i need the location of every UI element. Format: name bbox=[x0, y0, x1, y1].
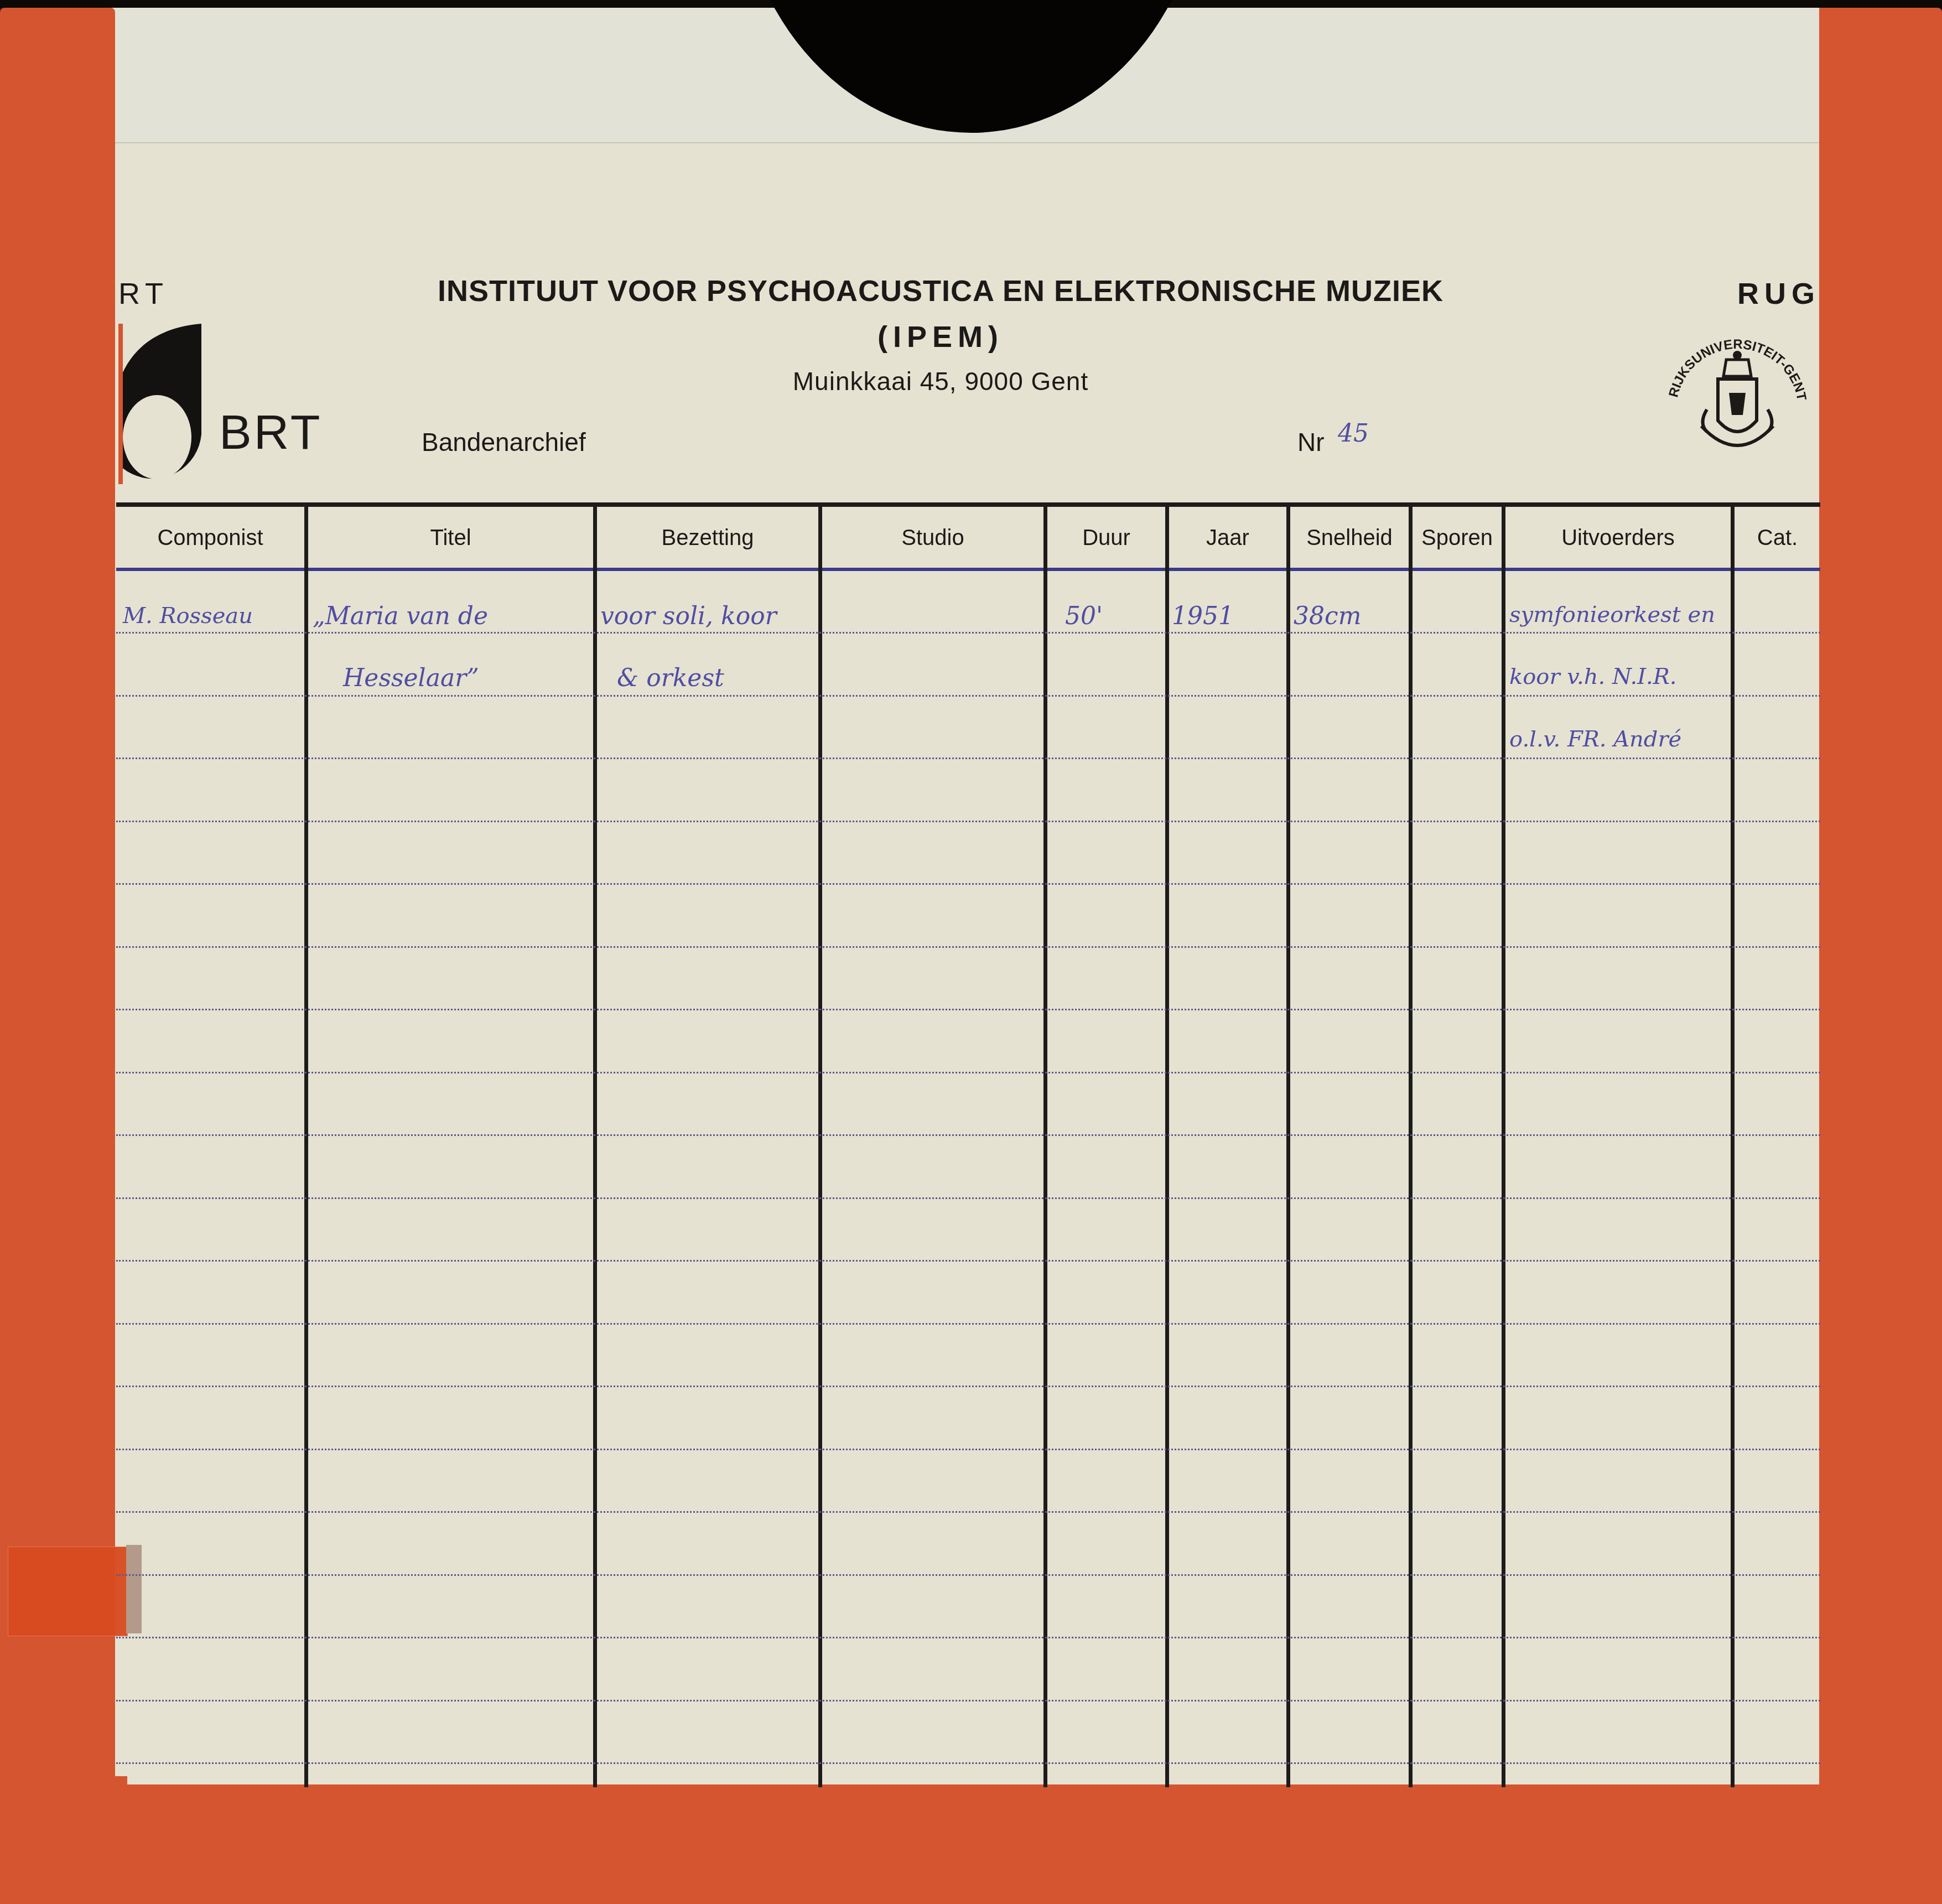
row-rule bbox=[116, 821, 1820, 822]
row-rule bbox=[116, 1386, 1820, 1387]
row-rule bbox=[116, 1574, 1820, 1576]
cover-bottom-flap bbox=[0, 1784, 1942, 1904]
institute-title: INSTITUUT VOOR PSYCHOACUSTICA EN ELEKTRO… bbox=[387, 274, 1494, 308]
row-rule bbox=[116, 758, 1820, 759]
row-rule bbox=[116, 1637, 1820, 1638]
row-rule bbox=[116, 946, 1820, 948]
institute-abbreviation: (IPEM) bbox=[387, 320, 1494, 354]
row-rule bbox=[116, 1700, 1820, 1701]
cell-titel-line2: Hesselaar” bbox=[343, 664, 479, 692]
column-divider bbox=[1731, 506, 1735, 1787]
cover-right-spine bbox=[1819, 8, 1942, 1904]
column-header-titel: Titel bbox=[308, 526, 593, 551]
column-divider bbox=[1043, 506, 1047, 1787]
cell-uitvoerders-line1: symfonieorkest en bbox=[1509, 602, 1715, 627]
cell-jaar: 1951 bbox=[1172, 602, 1234, 630]
column-header-snelheid: Snelheid bbox=[1290, 526, 1409, 551]
column-divider bbox=[593, 506, 597, 1787]
row-rule bbox=[116, 883, 1820, 885]
column-header-bezetting: Bezetting bbox=[597, 526, 818, 551]
table-top-rule bbox=[116, 502, 1820, 507]
column-divider bbox=[818, 506, 822, 1787]
rug-label: RUG bbox=[1737, 277, 1820, 311]
sleeve-seam bbox=[111, 142, 1826, 143]
column-header-duur: Duur bbox=[1047, 526, 1165, 551]
brt-logo-text: BRT bbox=[219, 404, 322, 460]
column-divider bbox=[304, 506, 308, 1787]
tape-label bbox=[8, 1547, 128, 1636]
column-divider bbox=[1165, 506, 1169, 1787]
column-header-jaar: Jaar bbox=[1169, 526, 1286, 551]
column-divider bbox=[1286, 506, 1290, 1787]
cell-snelheid: 38cm bbox=[1294, 602, 1361, 630]
row-rule bbox=[116, 1197, 1820, 1199]
column-header-sporen: Sporen bbox=[1413, 526, 1502, 551]
row-rule bbox=[116, 1072, 1820, 1073]
row-rule bbox=[116, 1762, 1820, 1764]
university-seal-icon: RIJKSUNIVERSITEIT-GENT bbox=[1654, 326, 1820, 470]
brt-logo-icon bbox=[118, 324, 212, 484]
row-rule bbox=[116, 1134, 1820, 1136]
row-rule bbox=[116, 1511, 1820, 1513]
cell-uitvoerders-line2: koor v.h. N.I.R. bbox=[1509, 664, 1677, 689]
table-header-rule bbox=[116, 568, 1820, 571]
row-rule bbox=[116, 1260, 1820, 1262]
cell-componist: M. Rosseau bbox=[123, 603, 253, 629]
brt-partial-label: RT bbox=[118, 277, 169, 311]
institute-address: Muinkkaai 45, 9000 Gent bbox=[387, 366, 1494, 396]
row-rule bbox=[116, 632, 1820, 634]
row-rule bbox=[116, 695, 1820, 697]
column-header-componist: Componist bbox=[116, 526, 304, 551]
row-rule bbox=[116, 1449, 1820, 1450]
number-label: Nr bbox=[1297, 427, 1325, 457]
tape-torn-edge bbox=[126, 1545, 142, 1633]
row-rule bbox=[116, 1009, 1820, 1010]
column-header-cat: Cat. bbox=[1735, 526, 1820, 551]
column-divider bbox=[1409, 506, 1413, 1787]
svg-text:RIJKSUNIVERSITEIT-GENT: RIJKSUNIVERSITEIT-GENT bbox=[1666, 337, 1809, 402]
cell-uitvoerders-line3: o.l.v. FR. André bbox=[1509, 727, 1681, 752]
column-header-uitvoerders: Uitvoerders bbox=[1505, 526, 1731, 551]
cell-duur: 50' bbox=[1065, 602, 1103, 630]
archive-label: Bandenarchief bbox=[422, 427, 586, 457]
column-divider bbox=[1502, 506, 1505, 1787]
cell-titel-line1: „Maria van de bbox=[313, 602, 488, 630]
cell-bezetting-line2: & orkest bbox=[617, 664, 724, 692]
number-value: 45 bbox=[1338, 419, 1369, 448]
cell-bezetting-line1: voor soli, koor bbox=[600, 602, 777, 630]
column-header-studio: Studio bbox=[822, 526, 1043, 551]
row-rule bbox=[116, 1323, 1820, 1325]
